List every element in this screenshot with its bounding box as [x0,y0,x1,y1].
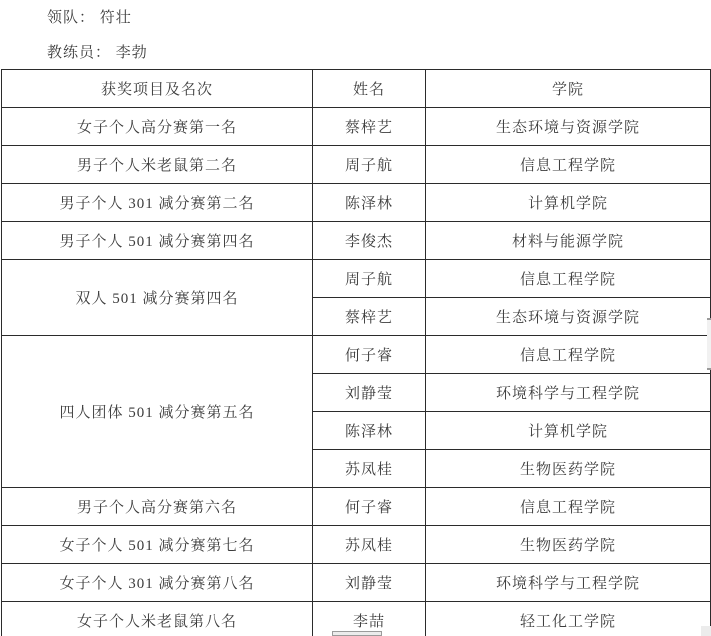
col-header-college: 学院 [426,70,711,108]
name-cell: 苏凤桂 [313,526,426,564]
name-cell: 蔡梓艺 [313,108,426,146]
college-cell: 信息工程学院 [426,488,711,526]
document-header: 领队： 符壮 教练员： 李勃 [0,0,711,62]
name-cell: 陈泽林 [313,184,426,222]
name-cell: 刘静莹 [313,374,426,412]
event-cell-team-merged: 四人团体 501 减分赛第五名 [2,336,313,488]
event-cell: 女子个人 301 减分赛第八名 [2,564,313,602]
college-cell: 环境科学与工程学院 [426,564,711,602]
name-cell: 何子睿 [313,336,426,374]
name-cell: 何子睿 [313,488,426,526]
college-cell: 轻工化工学院 [426,602,711,636]
table-row: 女子个人 501 减分赛第七名 苏凤桂 生物医药学院 [2,526,711,564]
college-cell: 生态环境与资源学院 [426,108,711,146]
table-header-row: 获奖项目及名次 姓名 学院 [2,70,711,108]
vertical-scrollbar-thumb[interactable] [707,318,711,370]
event-cell: 男子个人 301 减分赛第二名 [2,184,313,222]
event-cell: 女子个人米老鼠第八名 [2,602,313,636]
college-cell: 信息工程学院 [426,336,711,374]
college-cell: 材料与能源学院 [426,222,711,260]
college-cell: 生物医药学院 [426,450,711,488]
name-cell: 周子航 [313,260,426,298]
college-cell: 计算机学院 [426,412,711,450]
event-cell: 男子个人 501 减分赛第四名 [2,222,313,260]
college-cell: 生物医药学院 [426,526,711,564]
college-cell: 生态环境与资源学院 [426,298,711,336]
college-cell: 信息工程学院 [426,260,711,298]
name-cell: 刘静莹 [313,564,426,602]
event-cell: 女子个人高分赛第一名 [2,108,313,146]
name-cell: 周子航 [313,146,426,184]
name-cell: 苏凤桂 [313,450,426,488]
team-leader-line: 领队： 符壮 [47,10,711,27]
table-row: 男子个人高分赛第六名 何子睿 信息工程学院 [2,488,711,526]
coach-line: 教练员： 李勃 [47,45,711,62]
event-cell: 男子个人米老鼠第二名 [2,146,313,184]
table-row: 男子个人米老鼠第二名 周子航 信息工程学院 [2,146,711,184]
college-cell: 环境科学与工程学院 [426,374,711,412]
col-header-name: 姓名 [313,70,426,108]
horizontal-scrollbar-thumb[interactable] [332,631,382,636]
table-row: 男子个人 501 减分赛第四名 李俊杰 材料与能源学院 [2,222,711,260]
event-cell: 女子个人 501 减分赛第七名 [2,526,313,564]
name-cell: 蔡梓艺 [313,298,426,336]
event-cell-doubles-merged: 双人 501 减分赛第四名 [2,260,313,336]
event-cell: 男子个人高分赛第六名 [2,488,313,526]
college-cell: 计算机学院 [426,184,711,222]
table-row: 男子个人 301 减分赛第二名 陈泽林 计算机学院 [2,184,711,222]
table-row: 女子个人 301 减分赛第八名 刘静莹 环境科学与工程学院 [2,564,711,602]
table-row: 双人 501 减分赛第四名 周子航 信息工程学院 [2,260,711,298]
col-header-event: 获奖项目及名次 [2,70,313,108]
name-cell: 李俊杰 [313,222,426,260]
award-table: 获奖项目及名次 姓名 学院 女子个人高分赛第一名 蔡梓艺 生态环境与资源学院 男… [1,69,711,636]
scrollbar-corner [701,626,711,636]
college-cell: 信息工程学院 [426,146,711,184]
name-cell: 陈泽林 [313,412,426,450]
table-row: 四人团体 501 减分赛第五名 何子睿 信息工程学院 [2,336,711,374]
table-row: 女子个人高分赛第一名 蔡梓艺 生态环境与资源学院 [2,108,711,146]
